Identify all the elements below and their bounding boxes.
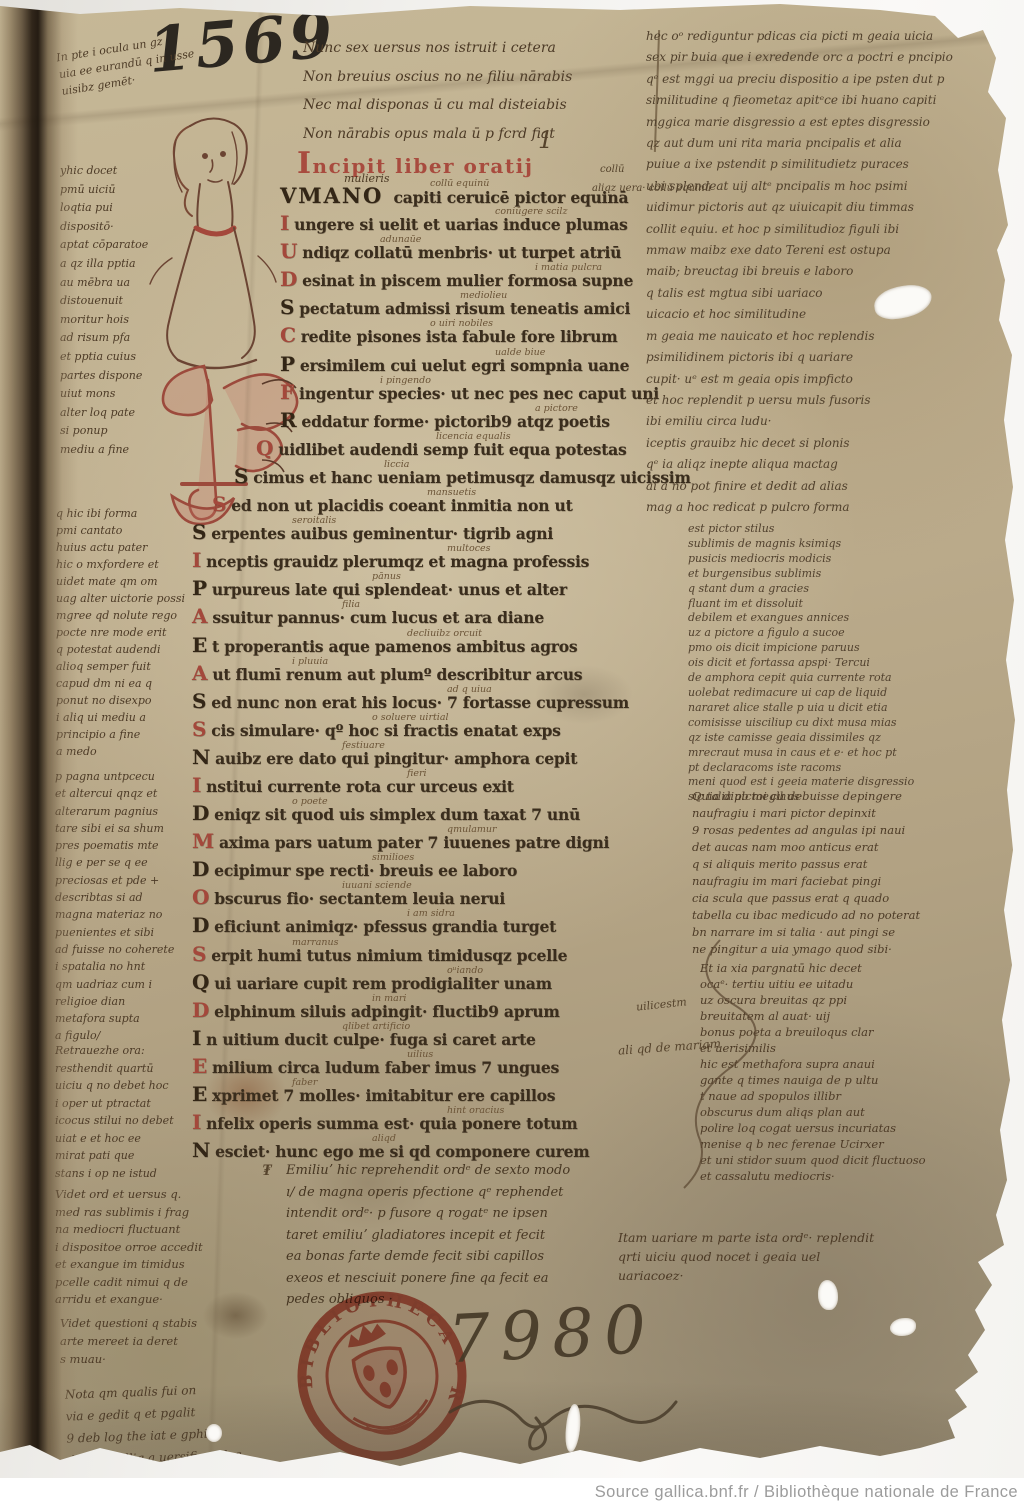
commentary-line: Quia dipictoi cu debuisse depingere	[692, 788, 1022, 805]
interlinear-gloss: similioes	[372, 852, 414, 863]
interlinear-gloss: o poete	[292, 796, 328, 807]
verse-line: Emilium circa ludum faber imus 7 unguesu…	[192, 1054, 712, 1082]
right-commentary-mid: est pictor stilussublimis de magnis ksim…	[688, 522, 1018, 805]
commentary-line: uicacio et hoc similitudine	[646, 304, 1018, 325]
interlinear-gloss: a pictore	[535, 403, 578, 414]
interlinear-gloss: oᵘiando	[447, 965, 483, 976]
interlinear-gloss: i am sidra	[407, 908, 455, 919]
gloss-line: dispositō·	[60, 218, 196, 237]
commentary-line: mrecraut musa in caus et e· et hoc pt	[688, 746, 1018, 761]
verse-line: Infelix operis summa est· quia ponere to…	[192, 1110, 712, 1138]
left-margin-gloss-a: yhic docetpmū uiciūloqtia puidispositō·a…	[60, 162, 196, 460]
verse-text: t properantis aque pamenos ambitus agros	[212, 637, 577, 656]
gloss-line: yhic docet	[60, 162, 196, 181]
interlinear-gloss: faber	[292, 1077, 317, 1088]
gloss-line: i oper ut ptractat	[55, 1095, 215, 1113]
gloss-line: religioe dian	[55, 993, 205, 1010]
verse-text: nstitui currente rota cur urceus exit	[206, 777, 514, 796]
commentary-line: et hoc replendit p uersu muls fusoris	[646, 390, 1018, 411]
gloss-line: uiut mons	[60, 385, 196, 404]
commentary-line: qrti uiciu quod nocet i geaia uel	[618, 1247, 1008, 1266]
gloss-line: hic o mxfordere et	[56, 556, 204, 573]
parchment-hole	[818, 1280, 838, 1310]
verse-initial: VMANO	[280, 183, 383, 208]
verse-text: capiti ceruicē pictor equinā	[388, 188, 628, 207]
commentary-line: q talis est mgtua sibi uariaco	[646, 283, 1018, 304]
shelfmark-flourish	[440, 1382, 680, 1452]
commentary-line: et burgensibus sublimis	[688, 567, 1018, 582]
verse-text: ingentur species· ut nec pes nec caput u…	[299, 384, 659, 403]
verse-initial: S	[212, 492, 226, 516]
interlinear-gloss: adunaūe	[380, 234, 421, 245]
verse-text: ed non ut placidis coeant inmitia non ut	[231, 496, 572, 515]
commentary-line: qᵉ est mggi ua preciu dispositio a ipe p…	[646, 69, 1018, 90]
note-line: exeos et nesciuit ponere fine qa fecit e…	[286, 1268, 661, 1290]
gloss-line: magna materiaz no	[55, 906, 205, 923]
gloss-line: uiat e et hoc ee	[55, 1130, 215, 1148]
gloss-line: et pptia cuius	[60, 348, 196, 367]
verse-text: erpit humi tutus nimium timidusqz pcelle	[211, 946, 567, 965]
verse-initial: C	[280, 323, 296, 347]
commentary-line: det aucas nam moo anticus erat	[692, 839, 1022, 856]
source-credit-text: Source gallica.bnf.fr / Bibliothèque nat…	[595, 1483, 1018, 1502]
gloss-line: distouenuit	[60, 292, 196, 311]
margin-brace-flourish	[680, 940, 800, 1190]
commentary-line: naufragiu im mari faciebat pingi	[692, 873, 1022, 890]
gloss-line: pmū uiciū	[60, 181, 196, 200]
gloss-line: qm uadriaz cum i	[55, 976, 205, 993]
gloss-line: Retrauezhe ora:	[55, 1042, 215, 1060]
commentary-line: cupit· uᵉ est m geaia opis impficto	[646, 369, 1018, 390]
commentary-line: ubi splendeat uij altᵉ pncipalis m hoc p…	[646, 176, 1018, 197]
stray-gloss-colla: collū	[600, 164, 624, 175]
commentary-line: uz a pictore a figulo a sucoe	[688, 626, 1018, 641]
verse-text: esinat in piscem mulier formosa supne	[302, 271, 633, 290]
verse-text: ndiqz collatū menbris· ut turpet atriū	[302, 243, 621, 262]
note-line: Non breuius oscius no ne filiu nārabis	[303, 63, 663, 92]
commentary-line: naufragiu i mari pictor depinxit	[692, 805, 1022, 822]
verse-line: Et properantis aque pamenos ambitus agro…	[192, 633, 712, 661]
commentary-line: debilem et exangues annices	[688, 611, 1018, 626]
note-line: ea bonas farte demde fecit sibi capillos	[286, 1246, 661, 1268]
gloss-line: uiciu q no debet hoc	[55, 1077, 215, 1095]
left-margin-gloss-e: Videt ord et uersus q.med ras sublimis i…	[55, 1186, 233, 1309]
commentary-line: mggica marie disgressio a est eptes disg…	[646, 112, 1018, 133]
interlinear-gloss: collū equinū	[430, 178, 489, 189]
verse-text: ui uariare cupit rem prodigialiter unam	[214, 974, 552, 993]
gloss-line: alioq semper fuit	[56, 658, 204, 675]
gloss-line: resthendit quartū	[55, 1060, 215, 1078]
gloss-line: i spatalia no hnt	[55, 958, 205, 975]
commentary-line: cia scula que passus erat q quado	[692, 890, 1022, 907]
verse-text: xprimet 7 molles· imitabitur ere capillo…	[212, 1086, 555, 1105]
commentary-line: collit equiu. et hoc p similitudioz figu…	[646, 219, 1018, 240]
interlinear-gloss: liccia	[384, 459, 409, 470]
gloss-line: stans i op ne istud	[55, 1165, 215, 1183]
gloss-line: i dispositoe orroe accedit	[55, 1239, 233, 1257]
commentary-line: qz iste camisse geaia dissimiles qz	[688, 731, 1018, 746]
gloss-line: metafora supta	[55, 1010, 205, 1027]
note-line: Nunc sex uersus nos istruit i cetera	[303, 34, 663, 63]
gloss-line: uidet mate qm om	[56, 573, 204, 590]
left-margin-gloss-b: q hic ibi formapmi cantatohuius actu pat…	[56, 505, 204, 760]
commentary-line: pmo ois dicit impicione paruus	[688, 641, 1018, 656]
gloss-line: aptat cōparatoe	[60, 236, 196, 255]
verse-line: Sed nunc non erat his locus· 7 fortasse …	[192, 689, 712, 717]
interlinear-gloss: ad q uiua	[447, 684, 492, 695]
gloss-line: uag alter uictorie possi	[56, 590, 204, 607]
verse-line: Decipimur spe recti· breuis ee laborosim…	[192, 857, 712, 885]
verse-initial: D	[280, 267, 297, 291]
gloss-line: icocus stilui no debet	[55, 1112, 215, 1130]
verse-text: ut flumī renum aut plumº describitur arc…	[212, 665, 582, 684]
verse-line: Purpureus late qui splendeat· unus et al…	[192, 576, 712, 604]
verse-text: n uitium ducit culpe· fuga si caret arte	[206, 1030, 536, 1049]
verse-text: cimus et hanc ueniam petimusqz damusqz u…	[253, 468, 690, 487]
gallica-source-bar: Source gallica.bnf.fr / Bibliothèque nat…	[0, 1478, 1024, 1506]
verse-text: elphinum siluis adpingit· fluctib9 aprum	[214, 1002, 559, 1021]
commentary-line: mmaw maibz exe dato Tereni est ostupa	[646, 240, 1018, 261]
gloss-line: ponut no disexpo	[56, 692, 204, 709]
commentary-line: pt declaracoms iste racoms	[688, 761, 1018, 776]
interlinear-gloss: iuuani sciende	[342, 880, 412, 891]
paragraph-sign: ₮	[262, 1160, 272, 1180]
gloss-line: au mēbra ua	[60, 274, 196, 293]
commentary-line: 9 rosas pedentes ad angulas ipi naui	[692, 822, 1022, 839]
top-note: Nunc sex uersus nos istruit i ceteraNon …	[303, 34, 663, 148]
interlinear-gloss: filia	[342, 599, 360, 610]
interlinear-gloss: o uiri nobiles	[430, 318, 493, 329]
gloss-line: Videt questioni q stabis	[60, 1314, 235, 1332]
verse-text: ed nunc non erat his locus· 7 fortasse c…	[211, 693, 629, 712]
verse-line: Institui currente rota cur urceus exitfi…	[192, 773, 712, 801]
commentary-line: bn narrare im si talia · aut pingi se	[692, 924, 1022, 941]
interlinear-gloss: uilius	[407, 1049, 433, 1060]
commentary-line: Itam uariare m parte ista ordᵉ· replendi…	[618, 1228, 1008, 1247]
gloss-line: pres poematis mte	[55, 837, 205, 854]
commentary-line: q si aliquis merito passus erat	[692, 856, 1022, 873]
verse-initial: S	[280, 295, 294, 319]
commentary-line: sex pir buia que i exredende orc a poctr…	[646, 47, 1018, 68]
right-commentary-top: hec oᵒ rediguntur pdicas cia picti m gea…	[646, 26, 1018, 518]
gloss-line: arridu et exangue·	[55, 1291, 233, 1309]
gloss-line: pocte nre mode erit	[56, 624, 204, 641]
gloss-line: alterarum pagnius	[55, 803, 205, 820]
gloss-line: tare sibi ei sa shum	[55, 820, 205, 837]
interlinear-gloss: i pingendo	[380, 375, 431, 386]
verse-text: ersimilem cui uelut egri sompnia uane	[300, 356, 629, 375]
commentary-line: ai a no pot finire et dedit ad alias	[646, 476, 1018, 497]
verse-initial: F	[280, 380, 294, 404]
right-commentary-bottom: Itam uariare m parte ista ordᵉ· replendi…	[618, 1228, 1008, 1285]
verse-initial: U	[280, 239, 297, 263]
verse-initial: S	[234, 464, 248, 488]
commentary-line: mag a hoc redicat p pulcro forma	[646, 497, 1018, 518]
manuscript-scan: 1569 In pte i ocula un gzuia ee eurandū …	[0, 0, 1024, 1506]
verse-initial: Q	[256, 436, 273, 460]
shelfmark-inscription: 7980	[446, 1291, 658, 1379]
verse-line: Qui uariare cupit rem prodigialiter unam…	[192, 970, 712, 998]
gloss-line: et altercui qnqz et	[55, 785, 205, 802]
verse-text: bscurus fio· sectantem leuia nerui	[214, 889, 505, 908]
commentary-line: uidimur pictoris aut qz uiuicapit diu ti…	[646, 197, 1018, 218]
gloss-line: loqtia pui	[60, 199, 196, 218]
verse-text: auibz ere dato qui pingitur· amphora cep…	[215, 749, 577, 768]
commentary-line: est pictor stilus	[688, 522, 1018, 537]
verse-text: cis simulare· qº hoc si fractis enatat e…	[211, 721, 560, 740]
gloss-line: principio a fine	[56, 726, 204, 743]
interlinear-gloss: licencia equalis	[436, 431, 511, 442]
verse-text: erpentes auibus geminentur· tigrib agni	[211, 524, 553, 543]
interlinear-gloss: qmulamur	[447, 824, 497, 835]
verse-text: uidlibet audendi semp fuit equa potestas	[278, 440, 626, 459]
commentary-line: qz aut dum uni rita maria pncipalis et a…	[646, 133, 1018, 154]
verse-line: Sed non ut placidis coeant inmitia non u…	[212, 492, 712, 520]
verse-text: esciet· hunc ego me si qd componere cure…	[215, 1142, 589, 1161]
interlinear-gloss: i matia pulcra	[535, 262, 602, 273]
left-margin-gloss-c: p pagna untpcecuet altercui qnqz etalter…	[55, 768, 205, 1045]
commentary-line: pusicis mediocris modicis	[688, 552, 1018, 567]
gloss-line: si ponup	[60, 422, 196, 441]
commentary-line: similitudine q fieometaz apitᵉce ibi hua…	[646, 90, 1018, 111]
verse-text: redite pisones ista fabule fore librum	[301, 327, 618, 346]
parchment-hole	[206, 1424, 222, 1442]
commentary-line: fluant im et dissoluit	[688, 597, 1018, 612]
gloss-line: q hic ibi forma	[56, 505, 204, 522]
verse-text: milium circa ludum faber imus 7 ungues	[212, 1058, 559, 1077]
verse-text: ecipimur spe recti· breuis ee laboro	[214, 861, 517, 880]
gloss-line: mgree qd nolute rego	[56, 607, 204, 624]
parchment-page: 1569 In pte i ocula un gzuia ee eurandū …	[0, 0, 1024, 1478]
commentary-line: uolebat redimacure ui cap de liquid	[688, 686, 1018, 701]
gloss-line: llig e per se q ee	[55, 854, 205, 871]
gloss-line: huius actu pater	[56, 539, 204, 556]
verse-text: eficiunt animiqz· pfessus grandia turget	[214, 917, 556, 936]
gloss-line: partes dispone	[60, 367, 196, 386]
gloss-line: pmi cantato	[56, 522, 204, 539]
note-line: taret emiliuʼ gladiatores incepit et fec…	[286, 1225, 661, 1247]
gloss-line: s muau·	[60, 1350, 235, 1368]
gloss-line: moritur hois	[60, 311, 196, 330]
interlinear-gloss: pānus	[372, 571, 401, 582]
commentary-line: m geaia me nauicato et hoc replendis	[646, 326, 1018, 347]
left-margin-gloss-f: Videt questioni q stabisarte mereet ia d…	[60, 1314, 235, 1368]
gloss-line: na mediocri fluctuant	[55, 1221, 233, 1239]
interlinear-gloss: coniūgere scilz	[495, 206, 567, 217]
gloss-line: i aliq ui mediu a	[56, 709, 204, 726]
commentary-line: nararet alice stalle p uia u dicit etia	[688, 701, 1018, 716]
verse-line: Nauibz ere dato qui pingitur· amphora ce…	[192, 745, 712, 773]
interlinear-gloss: mediolieu	[460, 290, 507, 301]
interlinear-gloss: decliuibz orcuit	[407, 628, 482, 639]
rubric-incipit: Incipit liber oratij	[297, 146, 533, 181]
gloss-line: capud dm ni ea q	[56, 675, 204, 692]
note-line: Nec mal disponas ū cu mal disteiabis	[303, 91, 663, 120]
gloss-line: alter loq pate	[60, 404, 196, 423]
commentary-line: comisisse uisciliup cu dixt musa mias	[688, 716, 1018, 731]
verse-text: eniqz sit quod uis simplex dum taxat 7 u…	[214, 805, 580, 824]
interlinear-gloss: o soluere uirtial	[372, 712, 449, 723]
verse-text: ungere si uelit et uarias induce plumas	[294, 215, 627, 234]
gloss-line: ad fuisse no coherete	[55, 941, 205, 958]
commentary-line: uariacoez·	[618, 1266, 1008, 1285]
verse-initial: P	[280, 352, 295, 376]
gloss-line: mediu a fine	[60, 441, 196, 460]
verse-initial: I	[280, 211, 289, 235]
verse-line: Deficiunt animiqz· pfessus grandia turge…	[192, 913, 712, 941]
verse-text: urpureus late qui splendeat· unus et alt…	[212, 580, 567, 599]
commentary-line: de amphora cepit quia currente rota	[688, 671, 1018, 686]
gloss-line: pcelle cadit nimui q de	[55, 1274, 233, 1292]
gloss-line: ad risum pfa	[60, 329, 196, 348]
interlinear-gloss: qlibet artificio	[342, 1021, 410, 1032]
left-margin-gloss-d: Retrauezhe ora:resthendit quartūuiciu q …	[55, 1042, 215, 1182]
stray-mark: 1	[538, 126, 553, 154]
note-line: Non nārabis opus mala ū p fcrd fiat	[303, 120, 663, 149]
gloss-line: q potestat audendi	[56, 641, 204, 658]
commentary-line: tabella cu ibac medicudo ad no poterat	[692, 907, 1022, 924]
interlinear-gloss: ualde biue	[495, 347, 545, 358]
interlinear-gloss: seroitalis	[292, 515, 336, 526]
interlinear-gloss: marranus	[292, 937, 339, 948]
note-line: ı/ de magna operis pfectione qᵉ rephende…	[286, 1182, 661, 1204]
right-commentary-naufragium: Quia dipictoi cu debuisse depingerenaufr…	[692, 788, 1022, 958]
interlinear-gloss: i pluuia	[292, 656, 328, 667]
interlinear-gloss: aliqd	[372, 1133, 396, 1144]
gloss-line: p pagna untpcecu	[55, 768, 205, 785]
verse-text: nfelix operis summa est· quia ponere tot…	[206, 1114, 577, 1133]
gloss-line: a medo	[56, 743, 204, 760]
interlinear-gloss: mansuetis	[427, 487, 476, 498]
verse-text: pectatum admissi risum teneatis amici	[299, 299, 630, 318]
commentary-line: psimilidinem pictoris ibi q uariare	[646, 347, 1018, 368]
commentary-line: puiue a ixe pstendit p similitudietz pur…	[646, 154, 1018, 175]
poem-verses: VMANO capiti ceruicē pictor equinācollū …	[192, 183, 712, 1166]
bottom-note-emilius: Emiliuʼ hic reprehendit ordᵉ de sexto mo…	[286, 1160, 661, 1311]
gloss-line: med ras sublimis i frag	[55, 1204, 233, 1222]
note-line: intendit ordᵉ· p fusore q rogatᵉ ne ipse…	[286, 1203, 661, 1225]
verse-text: axima pars uatum pater 7 iuuenes patre d…	[219, 833, 609, 852]
verse-line: Quidlibet audendi semp fuit equa potesta…	[256, 436, 712, 464]
verse-text: nceptis grauidz plerumqz et magna profes…	[206, 552, 589, 571]
commentary-line: q stant dum a gracies	[688, 582, 1018, 597]
gloss-line: a qz illa pptia	[60, 255, 196, 274]
gloss-line: describtas si ad	[55, 889, 205, 906]
interlinear-gloss: hint oracius	[447, 1105, 504, 1116]
gloss-line: mirat pati que	[55, 1147, 215, 1165]
verse-text: eddatur forme· pictorib9 atqz poetis	[301, 412, 609, 431]
commentary-line: ois dicit et fortassa apspi· Tercui	[688, 656, 1018, 671]
interlinear-gloss: in mari	[372, 993, 406, 1004]
verse-text: ssuitur pannus· cum lucus et ara diane	[212, 608, 544, 627]
commentary-line: qᵉ ia aliqz inepte aliqua mactag	[646, 454, 1018, 475]
verse-line: Delphinum siluis adpingit· fluctib9 apru…	[192, 998, 712, 1026]
gloss-line: arte mereet ia deret	[60, 1332, 235, 1350]
commentary-line: maib; breuctag ibi breuis e laboro	[646, 261, 1018, 282]
interlinear-gloss: fieri	[407, 768, 427, 779]
commentary-line: sublimis de magnis ksimiqs	[688, 537, 1018, 552]
interlinear-gloss: multoces	[447, 543, 491, 554]
interlinear-gloss: festiuare	[342, 740, 385, 751]
gloss-line: Videt ord et uersus q.	[55, 1186, 233, 1204]
commentary-line: ibi emiliu circa ludu·	[646, 411, 1018, 432]
verse-initial: R	[280, 408, 296, 432]
commentary-line: iceptis grauibz hic decet si plonis	[646, 433, 1018, 454]
verse-line: Scis simulare· qº hoc si fractis enatat …	[192, 717, 712, 745]
verse-line: Inceptis grauidz plerumqz et magna profe…	[192, 548, 712, 576]
gloss-line: et exangue im timidus	[55, 1256, 233, 1274]
gloss-line: preciosas et pde +	[55, 872, 205, 889]
verse-line: Maxima pars uatum pater 7 iuuenes patre …	[192, 829, 712, 857]
note-line: Emiliuʼ hic reprehendit ordᵉ de sexto mo…	[286, 1160, 661, 1182]
gloss-line: puenientes et sibi	[55, 924, 205, 941]
